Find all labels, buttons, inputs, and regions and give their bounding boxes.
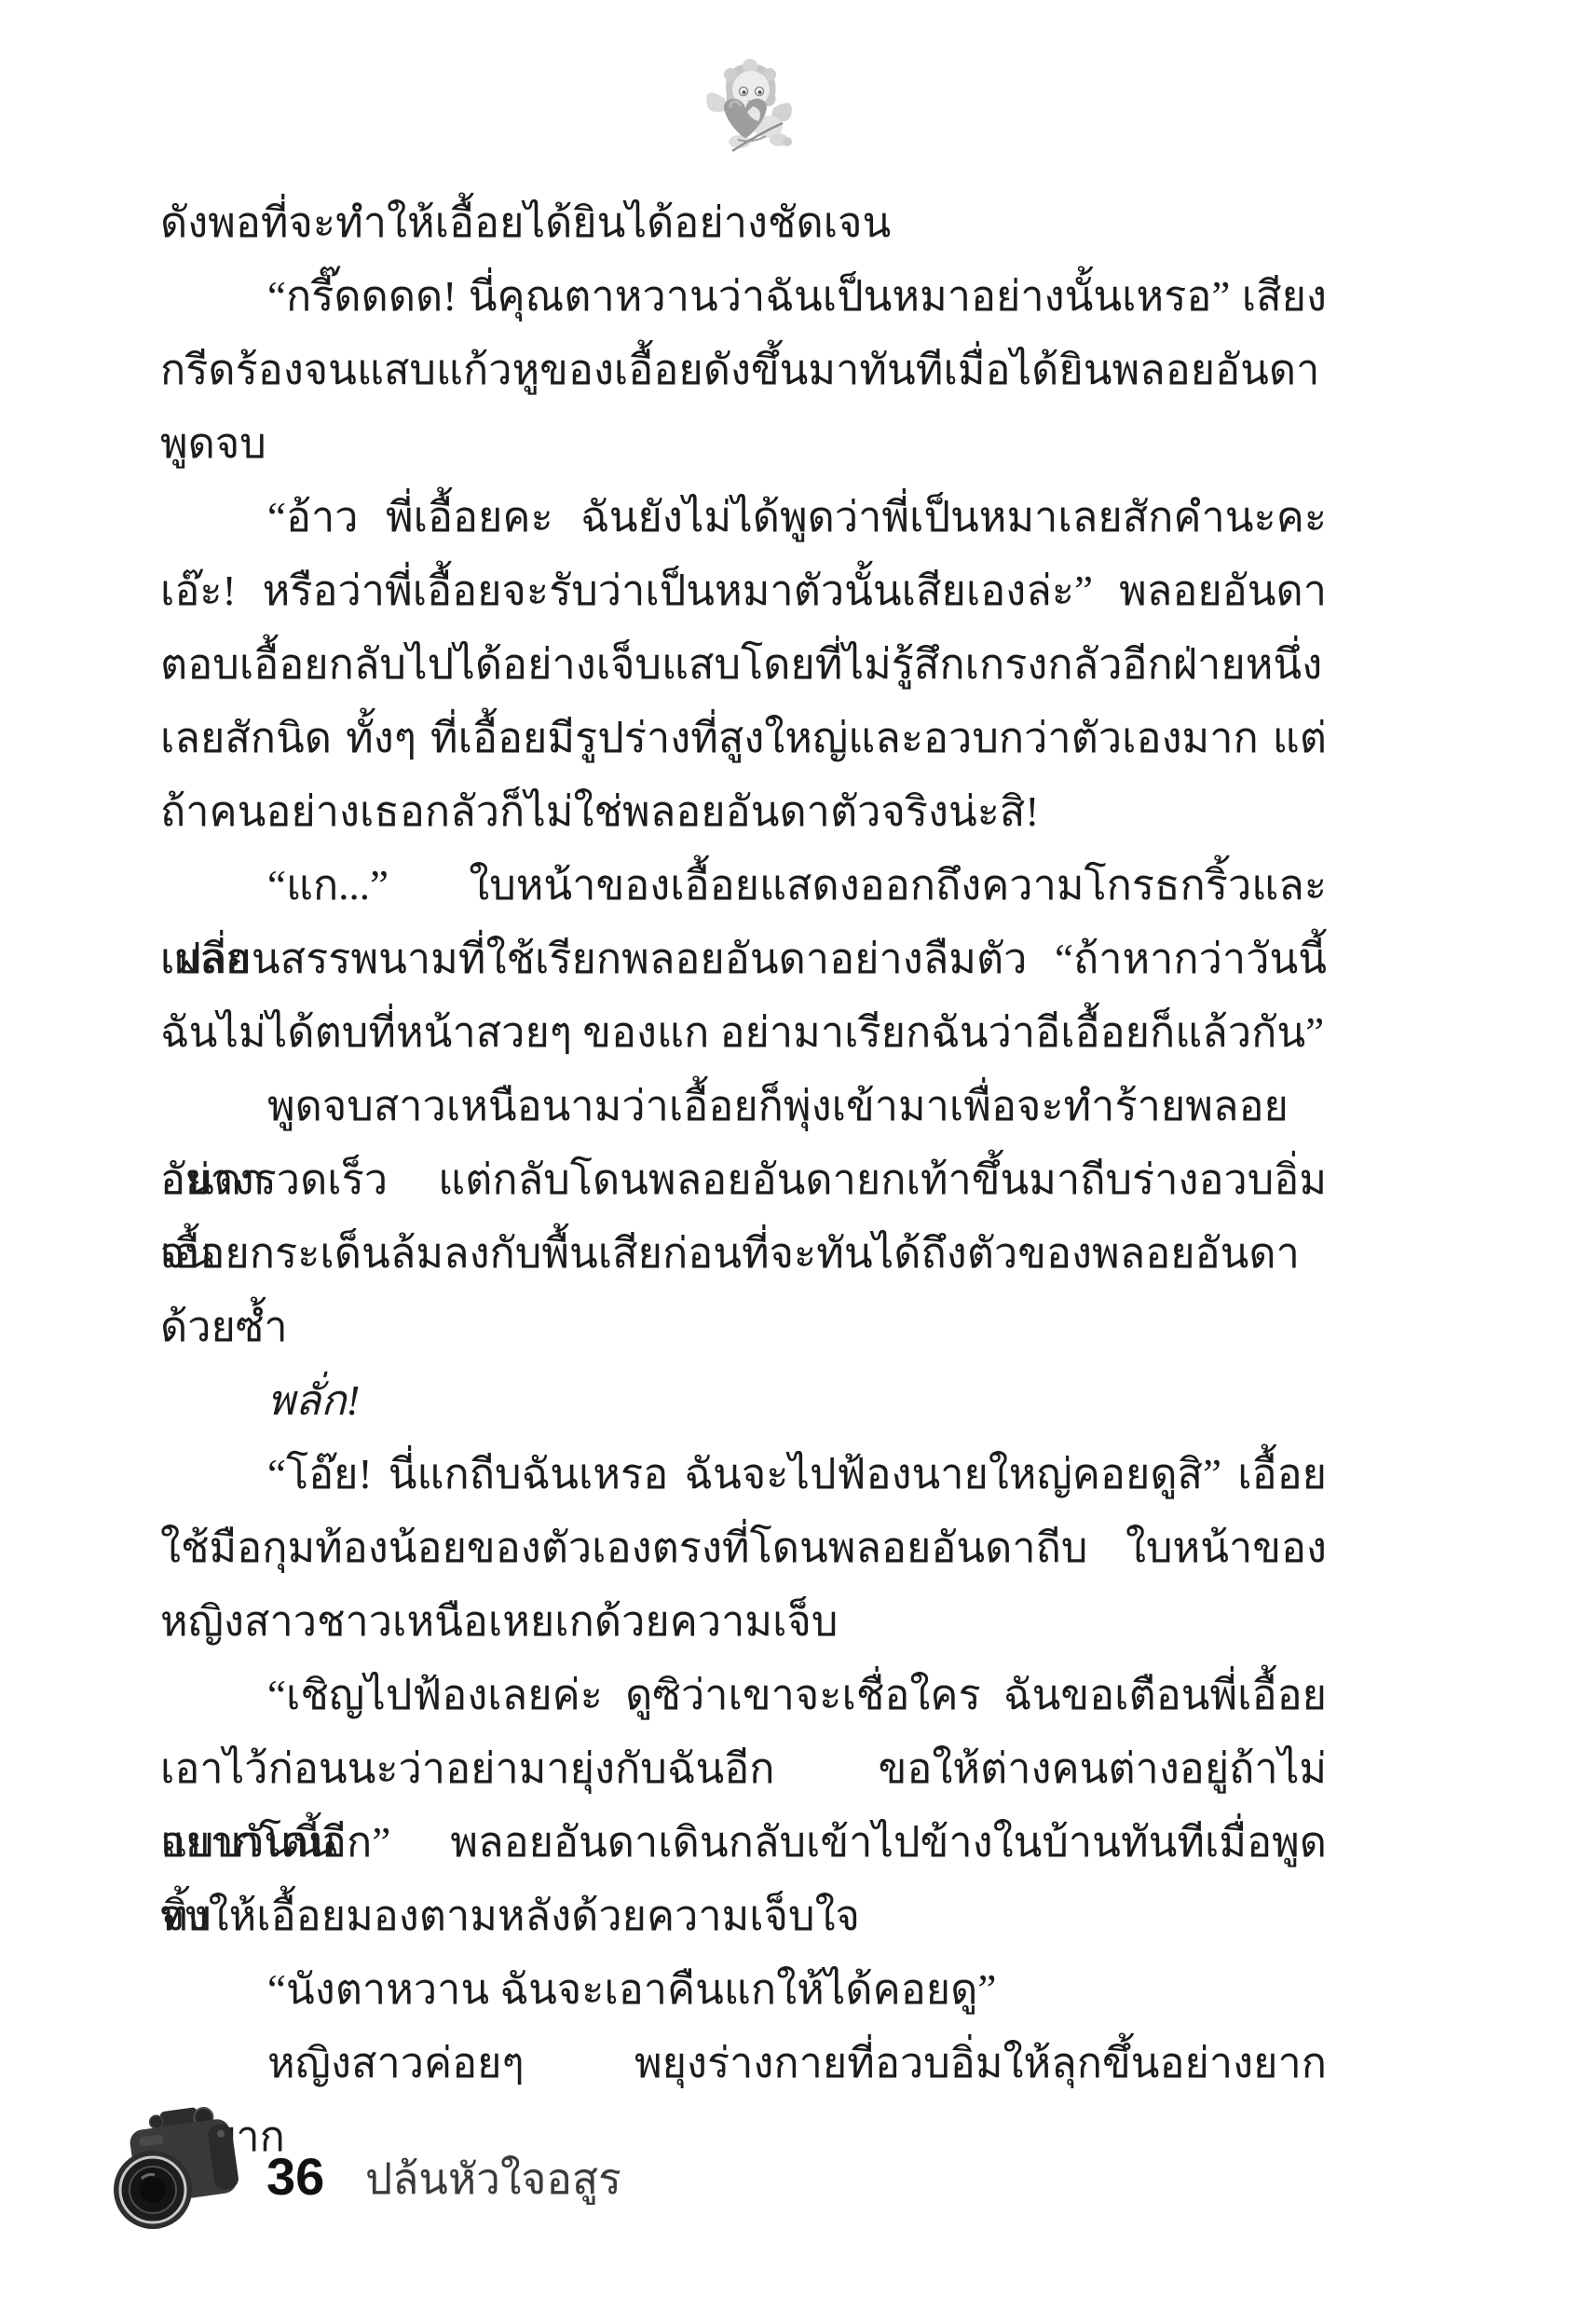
text-line: เลยสักนิด ทั้งๆ ที่เอื้อยมีรูปร่างที่สูง…	[160, 702, 1327, 775]
cupid-heart-illustration	[697, 54, 807, 166]
text-line: ถ้าคนอย่างเธอกลัวก็ไม่ใช่พลอยอันดาตัวจริ…	[160, 775, 1327, 849]
book-page: ดังพอที่จะทำให้เอื้อยได้ยินได้อย่างชัดเจ…	[0, 0, 1596, 2311]
book-title: ปล้นหัวใจอสูร	[365, 2149, 621, 2208]
text-line: เอ๊ะ! หรือว่าพี่เอื้อยจะรับว่าเป็นหมาตัว…	[160, 554, 1327, 628]
text-line: “กรี๊ดดดด! นี่คุณตาหวานว่าฉันเป็นหมาอย่า…	[160, 260, 1327, 334]
text-line: เอาไว้ก่อนนะว่าอย่ามายุ่งกับฉันอีก ขอให้…	[160, 1732, 1327, 1806]
text-line-sound-effect: พลั่ก!	[160, 1364, 1327, 1438]
text-line: ทิ้งให้เอื้อยมองตามหลังด้วยความเจ็บใจ	[160, 1880, 1327, 1953]
text-line: ใช้มือกุมท้องน้อยของตัวเองตรงที่โดนพลอยอ…	[160, 1511, 1327, 1585]
text-line: “เชิญไปฟ้องเลยค่ะ ดูซิว่าเขาจะเชื่อใคร ฉ…	[160, 1659, 1327, 1732]
camera-illustration	[110, 2104, 252, 2236]
text-line: “อ้าว พี่เอื้อยคะ ฉันยังไม่ได้พูดว่าพี่เ…	[160, 481, 1327, 554]
page-number: 36	[266, 2143, 324, 2210]
page-text: ดังพอที่จะทำให้เอื้อยได้ยินได้อย่างชัดเจ…	[160, 186, 1327, 2100]
text-line: พูดจบ	[160, 407, 1327, 481]
camera-icon	[110, 2104, 252, 2236]
cupid-heart-icon	[697, 54, 807, 166]
text-line: ฉันไม่ได้ตบที่หน้าสวยๆ ของแก อย่ามาเรียก…	[160, 996, 1327, 1070]
text-line: เปลี่ยนสรรพนามที่ใช้เรียกพลอยอันดาอย่างล…	[160, 923, 1327, 996]
text-line: ด้วยซ้ำ	[160, 1291, 1327, 1364]
text-line: “โอ๊ย! นี่แกถีบฉันเหรอ ฉันจะไปฟ้องนายใหญ…	[160, 1438, 1327, 1511]
text-line: ตอบเอื้อยกลับไปได้อย่างเจ็บแสบโดยที่ไม่ร…	[160, 628, 1327, 702]
text-line: ดังพอที่จะทำให้เอื้อยได้ยินได้อย่างชัดเจ…	[160, 186, 1327, 260]
text-line: แบบวันนี้อีก” พลอยอันดาเดินกลับเข้าไปข้า…	[160, 1806, 1327, 1880]
text-line: เอื้อยกระเด็นล้มลงกับพื้นเสียก่อนที่จะทั…	[160, 1217, 1327, 1291]
text-line: อย่างรวดเร็ว แต่กลับโดนพลอยอันดายกเท้าขึ…	[160, 1143, 1327, 1217]
text-line: กรีดร้องจนแสบแก้วหูของเอื้อยดังขึ้นมาทัน…	[160, 334, 1327, 407]
text-line: หญิงสาวค่อยๆ พยุงร่างกายที่อวบอิ่มให้ลุก…	[160, 2027, 1327, 2100]
text-line: “นังตาหวาน ฉันจะเอาคืนแกให้ได้คอยดู”	[160, 1953, 1327, 2027]
text-line: หญิงสาวชาวเหนือเหยเกด้วยความเจ็บ	[160, 1585, 1327, 1659]
text-line: พูดจบสาวเหนือนามว่าเอื้อยก็พุ่งเข้ามาเพื…	[160, 1070, 1327, 1143]
text-line: “แก...” ใบหน้าของเอื้อยแสดงออกถึงความโกร…	[160, 849, 1327, 923]
